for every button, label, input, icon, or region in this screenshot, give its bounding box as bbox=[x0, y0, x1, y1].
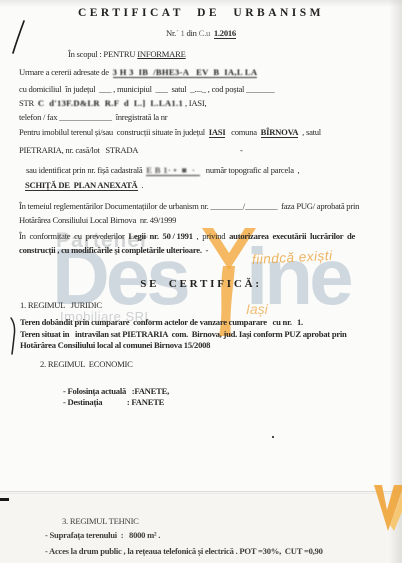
juridic-line-2-text: Teren situat in intravilan sat PIETRARIA… bbox=[20, 329, 347, 339]
juridic-heading-text: 1. REGIMUL JURIDIC bbox=[20, 300, 102, 310]
council-decision-line: Hotărârea Consiliului Local Birnova nr. … bbox=[19, 215, 176, 225]
urbanism-docs-text: În temeiul reglementărilor Documentațiil… bbox=[19, 201, 359, 211]
certificate-number-line: Nr.´ 1 din C.u 1.2016 bbox=[0, 28, 402, 38]
tehnic-surface-line: - Suprafața terenului : 8000 m² . bbox=[45, 530, 160, 540]
cadastral-line: sau identificat prin nr. fișă cadastrală… bbox=[26, 165, 299, 175]
cadastral-suffix: număr topografic al parcela , bbox=[200, 165, 299, 175]
county-value: IASI bbox=[209, 127, 226, 138]
urbanism-docs-line: În temeiul reglementărilor Documentațiil… bbox=[19, 201, 359, 211]
nr-handwritten-value: ´ 1 bbox=[176, 28, 186, 38]
address-line: cu domiciliul în județul ___ , municipiu… bbox=[19, 84, 274, 94]
juridic-line-2: Teren situat in intravilan sat PIETRARIA… bbox=[20, 329, 347, 339]
scope-prefix: În scopul : PENTRU bbox=[68, 49, 137, 59]
law-number: Legii nr. 50 / 1991 bbox=[128, 231, 192, 241]
date-handwritten-value: C.u bbox=[197, 28, 214, 38]
certify-heading-text: SE CERTIFICĂ: bbox=[140, 278, 262, 290]
cadastral-redacted: E B 1· • ■ · bbox=[146, 165, 200, 176]
scan-speck bbox=[272, 436, 274, 438]
law-mid: , privind bbox=[193, 231, 229, 241]
street-line: STR C d'13F.D&LR R.F d L.] L.LA1.1 , IAS… bbox=[19, 98, 206, 108]
tehnic-heading-text: 3. REGIMUL TEHNIC bbox=[62, 516, 139, 526]
nr-label: Nr. bbox=[166, 28, 176, 38]
phone-line: telefon / fax _____________ înregistrată… bbox=[19, 112, 167, 122]
economic-heading-text: 2. REGIMUL ECONOMIC bbox=[40, 359, 133, 369]
juridic-line-3: Hotărârea Consiliului local al comunei B… bbox=[20, 340, 210, 350]
juridic-line-1: Teren dobândit prin cumparare conform ac… bbox=[20, 317, 392, 327]
street-suffix: , IASI, bbox=[183, 98, 206, 108]
property-suffix: , satul bbox=[298, 127, 321, 137]
certificate-title: CERTIFICAT DE URBANISM bbox=[0, 8, 402, 18]
council-decision-text: Hotărârea Consiliului Local Birnova nr. … bbox=[19, 215, 176, 225]
juridic-line-3-text: Hotărârea Consiliului local al comunei B… bbox=[20, 340, 210, 350]
economic-usage-line: - Folosința actuală :FANETE, bbox=[63, 386, 169, 396]
law-reference-line: În conformitate cu prevederilor Legii nr… bbox=[19, 231, 355, 241]
scanned-certificate-page: Partener Des ine fiindcă exiști Imobilia… bbox=[0, 0, 402, 563]
applicant-prefix: Urmare a cererii adresate de bbox=[19, 67, 113, 77]
juridic-line-1-number: 1. bbox=[297, 317, 303, 327]
phone-text: telefon / fax _____________ înregistrată… bbox=[19, 112, 167, 122]
applicant-name-redacted: 3 H 3 IB /BHE3-A EV B IA,L LA bbox=[113, 67, 258, 78]
scope-line: În scopul : PENTRU INFORMARE bbox=[68, 49, 186, 59]
plan-annex-text: SCHIȚĂ DE PLAN ANEXATĂ bbox=[25, 180, 138, 191]
scope-value: INFORMARE bbox=[137, 49, 185, 59]
certificate-year: 1.2016 bbox=[214, 28, 236, 39]
economic-destination-text: - Destinația : FANETE bbox=[63, 397, 164, 407]
applicant-line: Urmare a cererii adresate de 3 H 3 IB /B… bbox=[19, 67, 257, 77]
economic-usage-text: - Folosința actuală :FANETE, bbox=[63, 386, 169, 396]
village-text: PIETRARIA, nr. casă/lot STRADA bbox=[19, 145, 138, 155]
property-mid: comuna bbox=[225, 127, 260, 137]
din-label: din bbox=[186, 28, 196, 38]
economic-section-heading: 2. REGIMUL ECONOMIC bbox=[40, 359, 133, 369]
street-prefix: STR bbox=[19, 98, 38, 108]
property-location-line: Pentru imobilul terenul și/sau construcț… bbox=[19, 127, 321, 137]
tehnic-surface-text: - Suprafața terenului : 8000 m² . bbox=[45, 530, 160, 540]
pen-mark-slash bbox=[8, 16, 30, 56]
law-subject: autorizarea executării lucrărilor de bbox=[229, 231, 355, 241]
juridic-section-heading: 1. REGIMUL JURIDIC bbox=[20, 300, 102, 310]
tehnic-access-text: - Acces la drum public , la rețeaua tele… bbox=[45, 546, 323, 556]
tehnic-section-heading: 3. REGIMUL TEHNIC bbox=[62, 516, 139, 526]
corner-watermark-v-icon bbox=[374, 485, 402, 533]
law-continuation-text: construcții , cu modificările și complet… bbox=[19, 245, 208, 255]
plan-annex-suffix: . bbox=[138, 180, 144, 190]
village-line: PIETRARIA, nr. casă/lot STRADA- bbox=[19, 145, 399, 155]
pen-mark-bracket bbox=[8, 315, 22, 357]
left-edge-dash-mark bbox=[0, 498, 9, 501]
village-dash: - bbox=[240, 145, 243, 155]
plan-annex-line: SCHIȚĂ DE PLAN ANEXATĂ . bbox=[25, 180, 143, 190]
law-continuation-line: construcții , cu modificările și complet… bbox=[19, 245, 208, 255]
certify-heading: SE CERTIFICĂ: bbox=[0, 279, 402, 289]
law-prefix: În conformitate cu prevederilor bbox=[19, 231, 128, 241]
scan-fold-line-highlight bbox=[0, 493, 402, 494]
page-top-edge-shadow bbox=[0, 0, 402, 7]
street-redacted: C d'13F.D&LR R.F d L.] L.LA1.1 bbox=[38, 98, 183, 108]
certificate-title-text: CERTIFICAT DE URBANISM bbox=[78, 7, 324, 19]
cadastral-prefix: sau identificat prin nr. fișă cadastrală bbox=[26, 165, 146, 175]
scan-fold-line bbox=[0, 491, 402, 492]
address-text: cu domiciliul în județul ___ , municipiu… bbox=[19, 84, 274, 94]
commune-value: BÎRNOVA bbox=[261, 127, 299, 138]
juridic-line-1-text: Teren dobândit prin cumparare conform ac… bbox=[20, 317, 292, 327]
tehnic-access-line: - Acces la drum public , la rețeaua tele… bbox=[45, 546, 323, 556]
economic-destination-line: - Destinația : FANETE bbox=[63, 397, 164, 407]
property-prefix: Pentru imobilul terenul și/sau construcț… bbox=[19, 127, 209, 137]
